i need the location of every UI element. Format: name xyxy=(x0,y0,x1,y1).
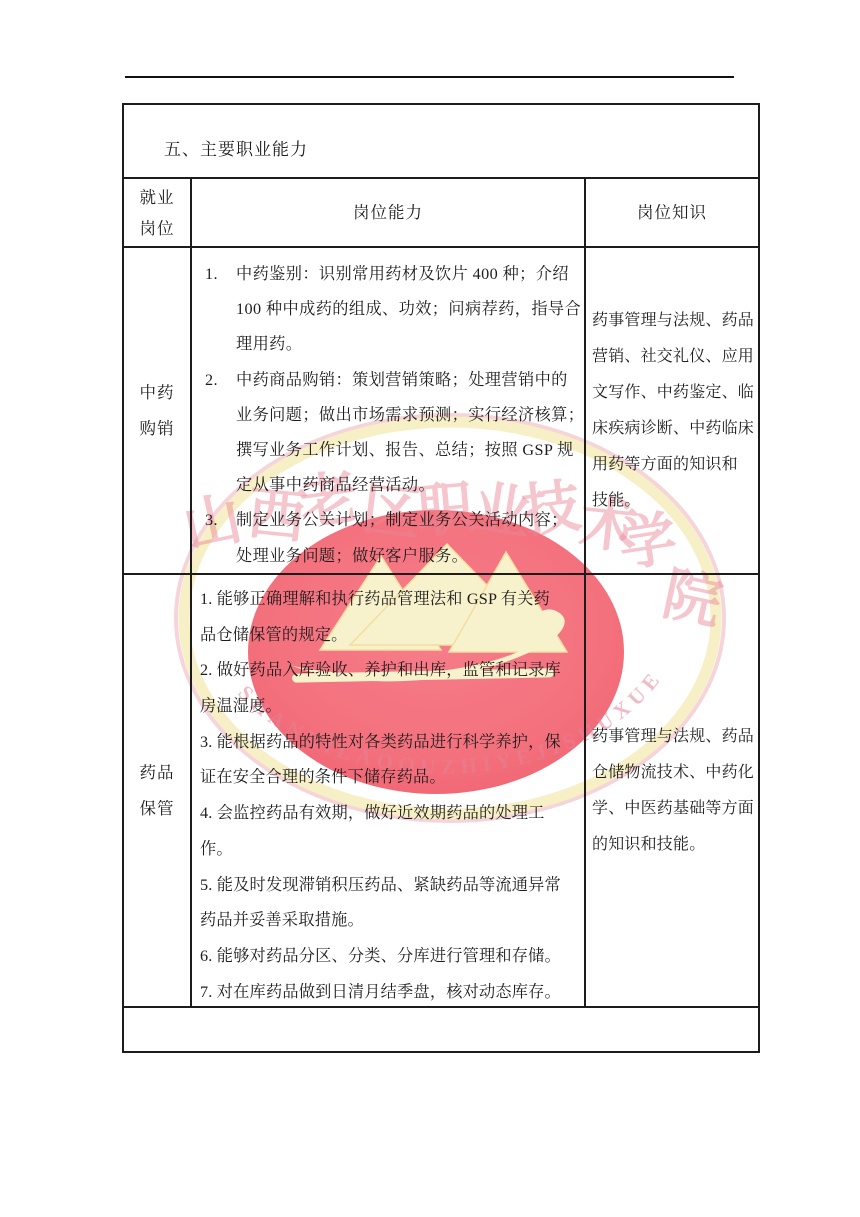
line-text: 100 种中成药的组成、功效；问病荐药，指导合 xyxy=(236,300,581,318)
table-empty-row xyxy=(124,1006,758,1051)
text-line: 业务问题；做出市场需求预测；实行经济核算； xyxy=(192,398,584,433)
line-text: 撰写业务工作计划、报告、总结；按照 GSP 规 xyxy=(236,441,574,459)
line-text: 业务问题；做出市场需求预测；实行经济核算； xyxy=(236,406,584,424)
table-row-yaopin-baoguan: 药品保管 1. 能够正确理解和执行药品管理法和 GSP 有关药品仓储保管的规定。… xyxy=(124,573,758,1006)
line-text: 中药商品购销：策划营销策略；处理营销中的 xyxy=(236,371,568,389)
text-line: 100 种中成药的组成、功效；问病荐药，指导合 xyxy=(192,292,584,327)
text-line: 5. 能及时发现滞销积压药品、紧缺药品等流通异常 xyxy=(192,868,584,904)
header-cell-position: 就业岗位 xyxy=(124,179,190,246)
document-page: 山 西 老 区 职 业 技 术 学 院 SHANXILAOQUZHIYEJISH… xyxy=(0,0,860,1217)
text-line: 就业 xyxy=(140,182,175,213)
text-line: 3. 能根据药品的特性对各类药品进行科学养护，保 xyxy=(192,725,584,761)
table-row-zhongyao-gouxiao: 中药购销 1.中药鉴别：识别常用药材及饮片 400 种；介绍100 种中成药的组… xyxy=(124,246,758,573)
text-line: 品仓储保管的规定。 xyxy=(192,618,584,654)
text-line: 定从事中药商品经营活动。 xyxy=(192,468,584,503)
text-line: 2.中药商品购销：策划营销策略；处理营销中的 xyxy=(192,363,584,398)
line-text: 定从事中药商品经营活动。 xyxy=(236,476,435,494)
header-label: 岗位知识 xyxy=(637,197,707,228)
text-line: 药品并妥善采取措施。 xyxy=(192,903,584,939)
line-text: 中药鉴别：识别常用药材及饮片 400 种；介绍 xyxy=(236,265,569,283)
text-line: 3.制定业务公关计划；制定业务公关活动内容； xyxy=(192,503,584,538)
line-text: 理用药。 xyxy=(236,335,302,353)
text-line: 购销 xyxy=(140,411,175,447)
list-marker: 3. xyxy=(205,503,218,538)
text-line: 理用药。 xyxy=(192,327,584,362)
text-line: 处理业务问题；做好客户服务。 xyxy=(192,539,584,574)
table-title-row: 五、主要职业能力 xyxy=(124,105,758,177)
text-line: 文写作、中药鉴定、临 xyxy=(586,375,758,411)
text-line: 的知识和技能。 xyxy=(586,827,758,863)
text-line: 2. 做好药品入库验收、养护和出库，监管和记录库 xyxy=(192,653,584,689)
text-line: 1.中药鉴别：识别常用药材及饮片 400 种；介绍 xyxy=(192,257,584,292)
text-line: 岗位 xyxy=(140,213,175,244)
text-line: 药事管理与法规、药品 xyxy=(586,303,758,339)
text-line: 1. 能够正确理解和执行药品管理法和 GSP 有关药 xyxy=(192,582,584,618)
text-line: 学、中医药基础等方面 xyxy=(586,791,758,827)
header-label: 岗位能力 xyxy=(353,197,423,228)
line-text: 处理业务问题；做好客户服务。 xyxy=(236,547,468,565)
text-line: 药事管理与法规、药品 xyxy=(586,719,758,755)
text-line: 保管 xyxy=(140,791,175,827)
competency-table: 五、主要职业能力 就业岗位 岗位能力 岗位知识 中药购销 1.中药鉴别：识别常用… xyxy=(122,103,760,1053)
text-line: 仓储物流技术、中药化 xyxy=(586,755,758,791)
list-marker: 1. xyxy=(205,257,218,292)
ability-cell: 1. 能够正确理解和执行药品管理法和 GSP 有关药品仓储保管的规定。2. 做好… xyxy=(190,575,584,1006)
knowledge-cell: 药事管理与法规、药品仓储物流技术、中药化学、中医药基础等方面的知识和技能。 xyxy=(584,575,758,1006)
text-line: 用药等方面的知识和 xyxy=(586,447,758,483)
line-text: 制定业务公关计划；制定业务公关活动内容； xyxy=(236,511,568,529)
ability-cell: 1.中药鉴别：识别常用药材及饮片 400 种；介绍100 种中成药的组成、功效；… xyxy=(190,248,584,573)
page-header-rule xyxy=(125,76,734,78)
text-line: 床疾病诊断、中药临床 xyxy=(586,411,758,447)
text-line: 7. 对在库药品做到日清月结季盘，核对动态库存。 xyxy=(192,975,584,1006)
knowledge-cell: 药事管理与法规、药品营销、社交礼仪、应用文写作、中药鉴定、临床疾病诊断、中药临床… xyxy=(584,248,758,573)
text-line: 撰写业务工作计划、报告、总结；按照 GSP 规 xyxy=(192,433,584,468)
text-line: 营销、社交礼仪、应用 xyxy=(586,339,758,375)
table-header-row: 就业岗位 岗位能力 岗位知识 xyxy=(124,177,758,246)
section-title: 五、主要职业能力 xyxy=(124,105,758,160)
header-cell-knowledge: 岗位知识 xyxy=(584,179,758,246)
header-cell-ability: 岗位能力 xyxy=(190,179,584,246)
text-line: 证在安全合理的条件下储存药品。 xyxy=(192,760,584,796)
text-line: 作。 xyxy=(192,832,584,868)
text-line: 6. 能够对药品分区、分类、分库进行管理和存储。 xyxy=(192,939,584,975)
list-marker: 2. xyxy=(205,363,218,398)
text-line: 中药 xyxy=(140,375,175,411)
position-cell: 中药购销 xyxy=(124,248,190,573)
text-line: 技能。 xyxy=(586,483,758,519)
position-cell: 药品保管 xyxy=(124,575,190,1006)
text-line: 4. 会监控药品有效期，做好近效期药品的处理工 xyxy=(192,796,584,832)
text-line: 房温湿度。 xyxy=(192,689,584,725)
text-line: 药品 xyxy=(140,755,175,791)
